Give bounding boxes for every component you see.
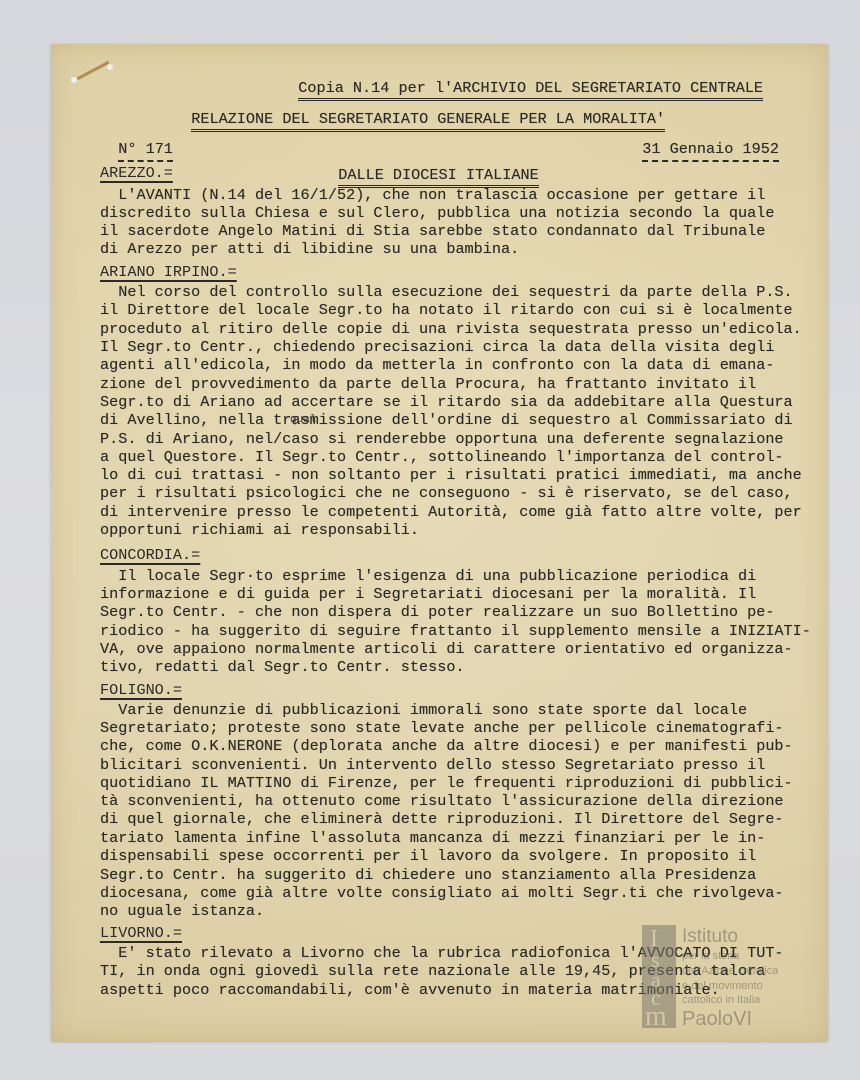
section-subtitle: DALLE DIOCESI ITALIANE xyxy=(320,148,539,184)
paragraph-line: aspetti poco raccomandabili, com'è avven… xyxy=(100,981,720,999)
section-heading-livorno: LIVORNO.= xyxy=(100,924,182,942)
paragraph-line: Segretariato; proteste sono state levate… xyxy=(100,719,784,737)
paragraph-line: Il locale Segr·to esprime l'esigenza di … xyxy=(100,567,756,585)
section-subtitle-text: DALLE DIOCESI ITALIANE xyxy=(338,166,539,188)
paragraph-line: P.S. di Ariano, nel/caso si renderebbe o… xyxy=(100,430,784,448)
paragraph-line: Varie denunzie di pubblicazioni immorali… xyxy=(100,701,747,719)
paragraph-line: che, come O.K.NERONE (deplorata anche da… xyxy=(100,737,793,755)
report-title: RELAZIONE DEL SEGRETARIATO GENERALE PER … xyxy=(173,92,665,128)
paragraph-line: informazione e di guida per i Segretaria… xyxy=(100,585,756,603)
paragraph-line: Segr.to Centr. - che non dispera di pote… xyxy=(100,603,774,621)
paragraph-line: zione del provvedimento da parte della P… xyxy=(100,375,756,393)
section-heading-concordia: CONCORDIA.= xyxy=(100,546,200,564)
paragraph-line: E' stato rilevato a Livorno che la rubri… xyxy=(100,944,784,962)
paragraph-line: blicitari sconvenienti. Un intervento de… xyxy=(100,756,765,774)
paragraph-line: il Direttore del locale Segr.to ha notat… xyxy=(100,301,793,319)
paragraph-line: L'AVANTI (N.14 del 16/1/52), che non tra… xyxy=(100,186,765,204)
paragraph-line: Il Segr.to Centr., chiedendo precisazion… xyxy=(100,338,774,356)
paragraph-line: a quel Questore. Il Segr.to Centr., sott… xyxy=(100,448,784,466)
section-heading-foligno: FOLIGNO.= xyxy=(100,681,182,699)
paragraph-line: VA, ove appaiono normalmente articoli di… xyxy=(100,640,793,658)
section-heading-ariano-irpino: ARIANO IRPINO.= xyxy=(100,263,237,281)
paragraph-line: discredito sulla Chiesa e sul Clero, pub… xyxy=(100,204,774,222)
report-date-text: 31 Gennaio 1952 xyxy=(642,140,779,162)
paragraph-line: tivo, redatti dal Segr.to Centr. stesso. xyxy=(100,658,465,676)
punch-hole xyxy=(71,77,77,83)
paragraph-line: di Arezzo per atti di libidine su una ba… xyxy=(100,240,519,258)
paragraph-line: il sacerdote Angelo Matini di Stia sareb… xyxy=(100,222,765,240)
section-heading-arezzo: AREZZO.= xyxy=(100,164,173,182)
report-title-text: RELAZIONE DEL SEGRETARIATO GENERALE PER … xyxy=(191,110,665,132)
paragraph-line: di intervenire presso le competenti Auto… xyxy=(100,503,802,521)
paragraph-line: riodico - ha suggerito di seguire fratta… xyxy=(100,622,811,640)
paragraph-line: Segr.to Centr. ha suggerito di chiedere … xyxy=(100,866,756,884)
handwritten-insert: qual xyxy=(290,414,316,426)
paragraph-line: per i risultati psicologici che ne conse… xyxy=(100,484,793,502)
report-date: 31 Gennaio 1952 xyxy=(624,122,779,158)
paragraph-line: Nel corso del controllo sulla esecuzione… xyxy=(100,283,793,301)
paragraph-line: proceduto al ritiro delle copie di una r… xyxy=(100,320,802,338)
report-number: N° 171 xyxy=(100,122,173,158)
paragraph-line: di quel giornale, che eliminerà dette ri… xyxy=(100,810,784,828)
punch-hole xyxy=(107,64,113,70)
paragraph-line: diocesana, come già altre volte consigli… xyxy=(100,884,784,902)
staple-rust-mark xyxy=(76,61,109,81)
paragraph-line: tariato lamenta infine l'assoluta mancan… xyxy=(100,829,765,847)
report-number-text: N° 171 xyxy=(118,140,173,162)
paragraph-line: Segr.to di Ariano ad accertare se il rit… xyxy=(100,393,793,411)
paragraph-line: agenti all'edicola, in modo da metterla … xyxy=(100,356,774,374)
paragraph-line: tà sconvenienti, ha ottenuto come risult… xyxy=(100,792,784,810)
paragraph-line: TI, in onda ogni giovedì sulla rete nazi… xyxy=(100,962,765,980)
paragraph-line: no uguale istanza. xyxy=(100,902,264,920)
paragraph-line: di Avellino, nella trasmissione dell'ord… xyxy=(100,411,793,429)
paragraph-line: lo di cui trattasi - non soltanto per i … xyxy=(100,466,802,484)
paragraph-line: quotidiano IL MATTINO di Firenze, per le… xyxy=(100,774,793,792)
paragraph-line: opportuni richiami ai responsabili. xyxy=(100,521,419,539)
paragraph-line: dispensabili spese occorrenti per il lav… xyxy=(100,847,756,865)
